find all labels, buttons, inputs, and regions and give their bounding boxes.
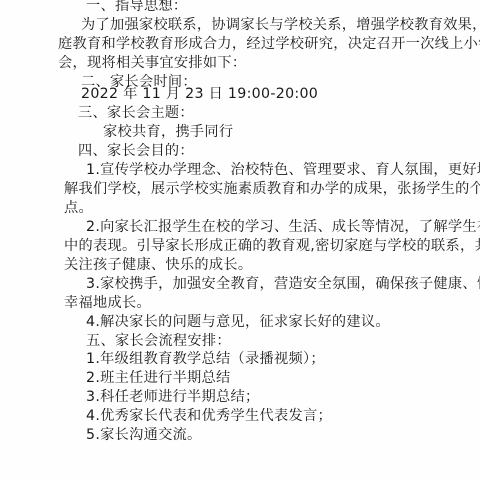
paragraph-intro-line1: 为了加强家校联系，协调家长与学校关系，增强学校教育效果，使家 bbox=[81, 16, 480, 35]
agenda-item-3: 3.科任老师进行半期总结； bbox=[86, 388, 260, 407]
purpose-2-line3: 关注孩子健康、快乐的成长。 bbox=[64, 256, 252, 275]
meeting-theme: 家校共育，携手同行 bbox=[103, 123, 233, 142]
heading-meeting-theme: 三、家长会主题： bbox=[78, 104, 194, 123]
purpose-3-line2: 幸福地成长。 bbox=[64, 294, 151, 313]
agenda-item-5: 5.家长沟通交流。 bbox=[86, 426, 202, 445]
purpose-4: 4.解决家长的问题与意见，征求家长好的建议。 bbox=[86, 313, 390, 332]
document-page: 一、指导思想： 为了加强家校联系，协调家长与学校关系，增强学校教育效果，使家 庭… bbox=[0, 0, 480, 480]
paragraph-intro-line3: 会，现将相关事宜安排如下： bbox=[58, 54, 246, 73]
purpose-2-line2: 中的表现。引导家长形成正确的教育观,密切家庭与学校的联系，共同 bbox=[64, 237, 480, 256]
heading-meeting-purpose: 四、家长会目的： bbox=[78, 142, 194, 161]
agenda-item-1: 1.年级组教育教学总结（录播视频）； bbox=[86, 350, 325, 369]
agenda-item-4: 4.优秀家长代表和优秀学生代表发言； bbox=[86, 407, 332, 426]
paragraph-intro-line2: 庭教育和学校教育形成合力，经过学校研究，决定召开一次线上小学家长 bbox=[58, 35, 480, 54]
heading-guiding-ideology: 一、指导思想： bbox=[86, 0, 187, 16]
purpose-1-line2: 解我们学校，展示学校实施素质教育和办学的成果，张扬学生的个性特 bbox=[64, 180, 480, 199]
purpose-1-line1: 1.宣传学校办学理念、治校特色、管理要求、育人氛围，更好地了 bbox=[86, 161, 480, 180]
heading-meeting-agenda: 五、家长会流程安排： bbox=[86, 332, 231, 351]
agenda-item-2: 2.班主任进行半期总结 bbox=[86, 369, 231, 388]
purpose-2-line1: 2.向家长汇报学生在校的学习、生活、成长等情况，了解学生在家 bbox=[86, 218, 480, 237]
purpose-1-line3: 点。 bbox=[64, 199, 93, 218]
meeting-datetime: 2022 年 11 月 23 日 19:00-20:00 bbox=[81, 85, 318, 104]
purpose-3-line1: 3.家校携手，加强安全教育，营造安全氛围，确保孩子健康、快乐、 bbox=[86, 275, 480, 294]
